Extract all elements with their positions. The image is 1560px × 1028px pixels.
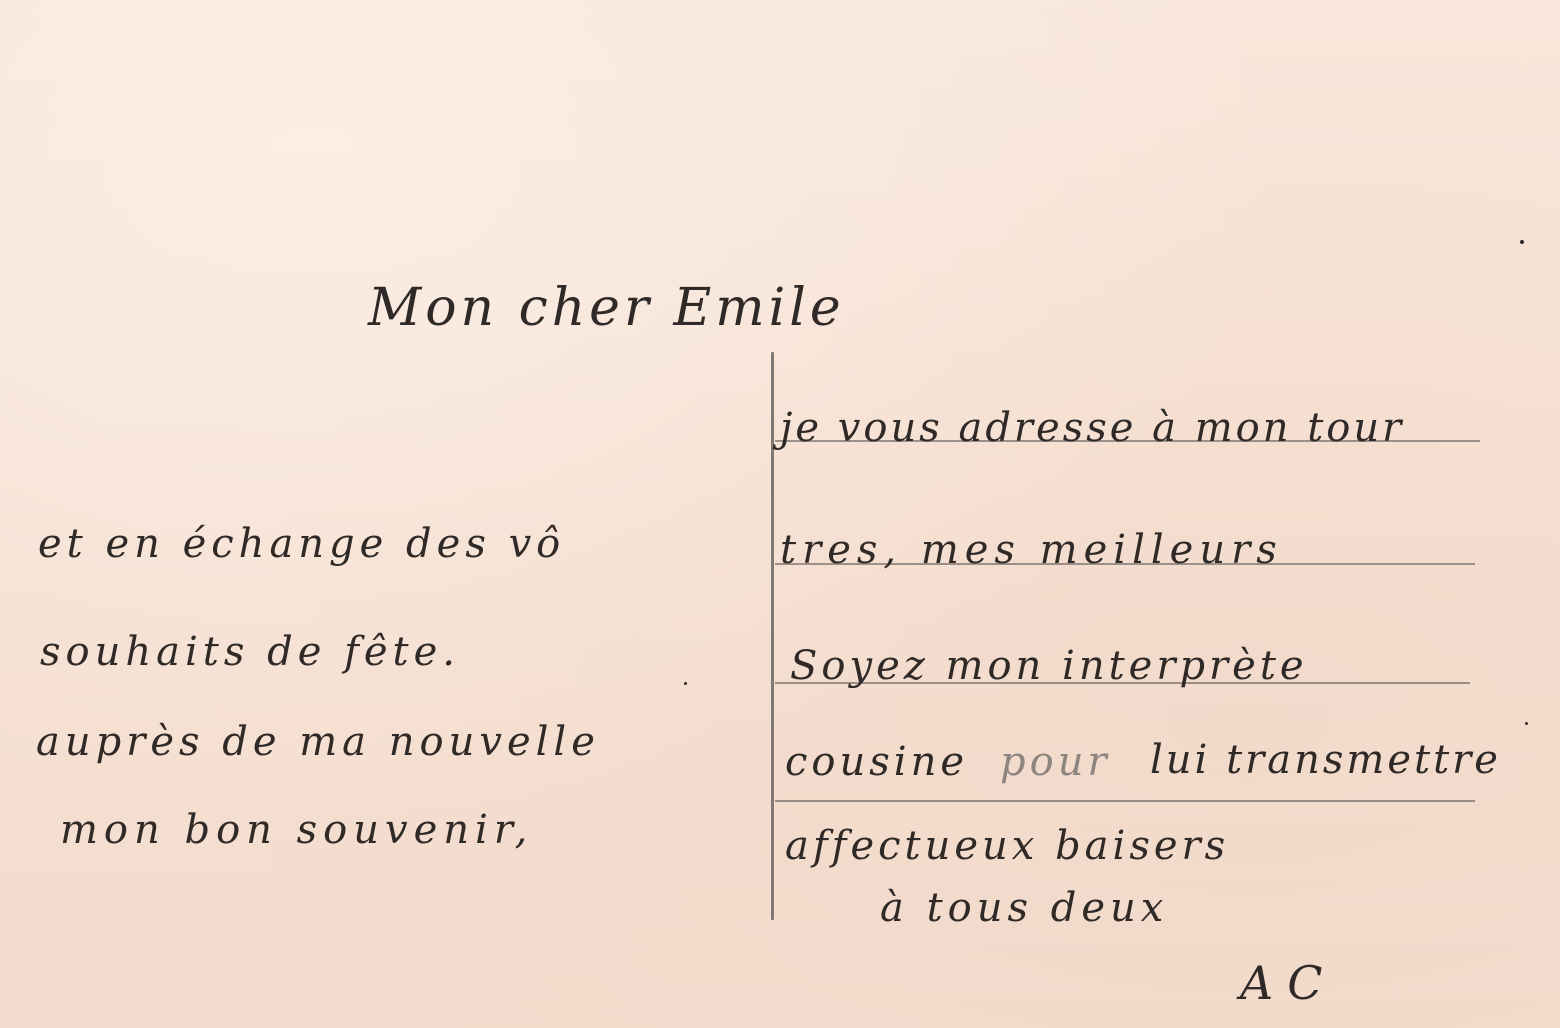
salutation: Mon cher Emile	[368, 282, 845, 334]
left-line-2: souhaits de fête.	[40, 632, 460, 672]
postcard-back: Mon cher Emile et en échange des vô souh…	[0, 0, 1560, 1028]
signature: AC	[1240, 960, 1336, 1006]
left-line-1: et en échange des vô	[38, 524, 565, 564]
ink-speck	[1525, 722, 1528, 725]
right-line-4c: lui transmettre	[1150, 740, 1501, 780]
ruled-line-4	[775, 800, 1475, 802]
left-line-4: mon bon souvenir,	[60, 810, 533, 850]
right-line-4a: cousine	[785, 742, 968, 782]
right-line-4b: pour	[1000, 742, 1111, 782]
right-line-5: affectueux baisers	[785, 826, 1229, 866]
right-line-6: à tous deux	[880, 888, 1168, 928]
right-line-2: tres, mes meilleurs	[780, 530, 1283, 570]
center-divider-line	[771, 352, 774, 920]
right-line-3: Soyez mon interprète	[790, 646, 1308, 686]
right-line-1: je vous adresse à mon tour	[780, 408, 1404, 448]
ink-speck	[1520, 240, 1524, 244]
ink-speck	[684, 682, 687, 685]
left-line-3: auprès de ma nouvelle	[36, 722, 600, 762]
